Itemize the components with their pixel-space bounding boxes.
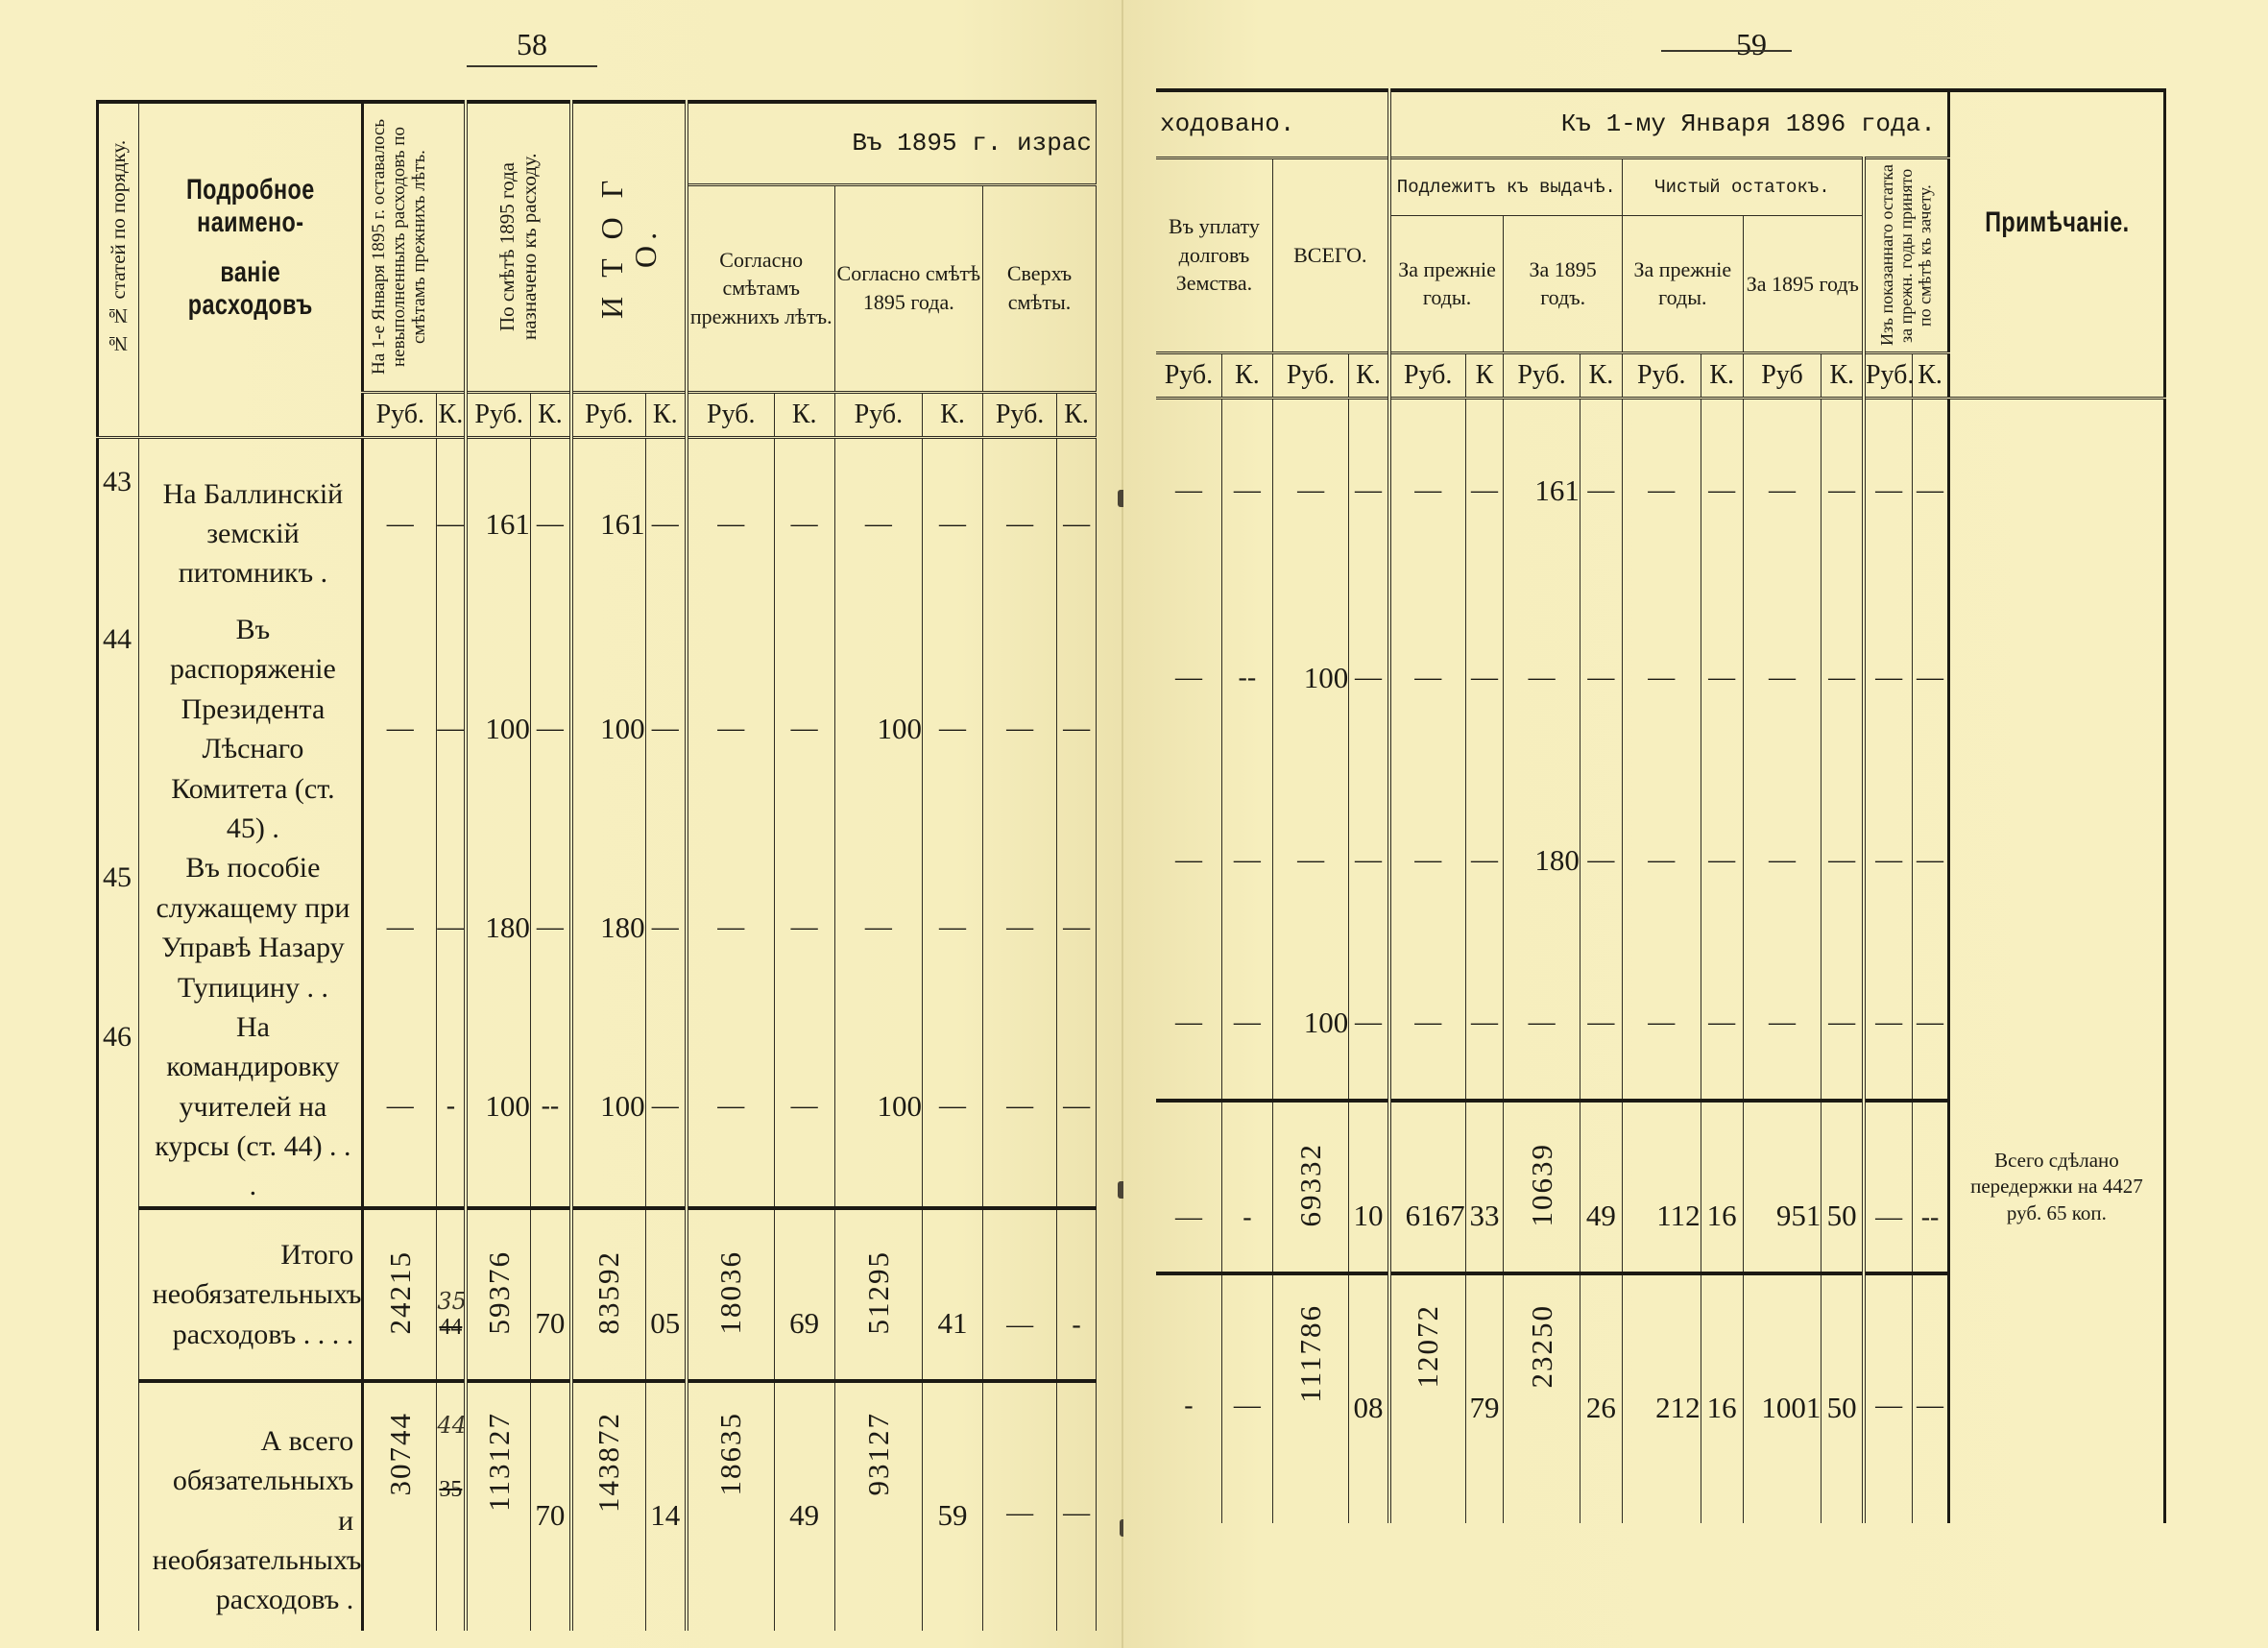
- table-row: — — 100 — — — — — — — — — — —: [1156, 947, 2165, 1101]
- cell-net-1895-rub: —: [1743, 398, 1822, 582]
- cell-debt-rub: —: [1156, 582, 1221, 774]
- cell-prev-kop: 49: [774, 1381, 834, 1631]
- unit-rub: Руб.: [571, 392, 645, 437]
- cell-remaining-kop: 44 35: [437, 1381, 466, 1631]
- grand-total-row: А всего обязательныхъ и необязательныхъ …: [98, 1381, 1097, 1631]
- cell-all-kop: —: [1349, 582, 1389, 774]
- cell-prev-rub: 18036: [687, 1208, 774, 1381]
- cell-net-1895-kop: —: [1822, 398, 1864, 582]
- cell-remaining-rub: —: [363, 848, 437, 1007]
- cell-total-kop: —: [645, 437, 687, 610]
- subtotal-label: Итого необязательныхъ расходовъ . . . .: [138, 1208, 363, 1381]
- handwritten-correction: 35: [437, 1288, 464, 1315]
- unit-rub: Руб.: [1272, 352, 1348, 398]
- cell-pay-1895-rub: —: [1504, 582, 1580, 774]
- cell-debt-kop: -: [1221, 1101, 1272, 1273]
- left-page: 58 № № статей по порядку. Подробное наим…: [0, 0, 1123, 1648]
- page-number: 58: [517, 27, 547, 62]
- expense-table-left: № № статей по порядку. Подробное наимено…: [96, 100, 1097, 1631]
- header-jan-1896-group: Къ 1-му Января 1896 года.: [1389, 90, 1949, 158]
- expense-table-right: ходовано. Къ 1-му Января 1896 года. Прим…: [1156, 88, 2166, 1523]
- cell-prev-kop: 69: [774, 1208, 834, 1381]
- row-description: Въ распоряженiе Президента Лѣснаго Комит…: [138, 610, 363, 848]
- unit-kop: К.: [645, 392, 687, 437]
- cell-net-1895-kop: —: [1822, 774, 1864, 947]
- grand-total-row: - — 111786 08 12072 79 23250 26 212 16 1…: [1156, 1273, 2165, 1523]
- cell-pay-1895-rub: —: [1504, 947, 1580, 1101]
- cell-prev-rub: —: [687, 437, 774, 610]
- header-net-prev-years: За прежнiе годы.: [1622, 216, 1743, 352]
- header-article-no: № № статей по порядку.: [98, 102, 139, 392]
- cell-debt-kop: —: [1221, 1273, 1272, 1523]
- cell-total-kop: —: [645, 848, 687, 1007]
- cell-prev-kop: —: [774, 437, 834, 610]
- cell-remaining-rub: —: [363, 437, 437, 610]
- cell-pay-prev-rub: 12072: [1389, 1273, 1465, 1523]
- row-description: На Баллинскiй земскiй питомникъ .: [138, 437, 363, 610]
- cell-over-kop: —: [1057, 610, 1097, 848]
- unit-rub: Руб.: [466, 392, 530, 437]
- cell-over-rub: —: [983, 610, 1057, 848]
- cell-all-kop: —: [1349, 947, 1389, 1101]
- cell-pay-1895-kop: —: [1580, 398, 1622, 582]
- cell-net-1895-rub: 951: [1743, 1101, 1822, 1273]
- cell-remaining-kop: —: [437, 437, 466, 610]
- header-spent-1895-group: Въ 1895 г. израс: [687, 102, 1097, 184]
- cell-over-rub: —: [983, 848, 1057, 1007]
- cell-net-prev-kop: —: [1701, 947, 1743, 1101]
- unit-rub: Руб: [1743, 352, 1822, 398]
- cell-net-1895-rub: —: [1743, 774, 1822, 947]
- cell-credited-kop: --: [1913, 1101, 1949, 1273]
- header-payable-1895: За 1895 годъ.: [1504, 216, 1623, 352]
- handwritten-correction: 44: [437, 1412, 464, 1439]
- cell-debt-kop: —: [1221, 774, 1272, 947]
- cell-net-prev-kop: 16: [1701, 1101, 1743, 1273]
- cell-total-kop: 05: [645, 1208, 687, 1381]
- cell-credited-rub: —: [1864, 582, 1913, 774]
- right-page: 59 ходовано. Къ 1-му Января 1896 года. П…: [1123, 0, 2268, 1648]
- cell-cur-rub: 100: [834, 610, 922, 848]
- cell-total-rub: 143872: [571, 1381, 645, 1631]
- cell-net-prev-rub: —: [1622, 398, 1701, 582]
- cell-budget-rub: 113127: [466, 1381, 530, 1631]
- cell-net-prev-kop: —: [1701, 398, 1743, 582]
- cell-prev-rub: —: [687, 848, 774, 1007]
- cell-cur-kop: 41: [923, 1208, 983, 1381]
- cell-prev-kop: —: [774, 848, 834, 1007]
- cell-over-rub: —: [983, 437, 1057, 610]
- cell-budget-kop: 70: [530, 1381, 571, 1631]
- cell-credited-kop: —: [1913, 1273, 1949, 1523]
- overpayment-note: Всего сдѣлано передержки на 4427 руб. 65…: [1948, 1101, 2164, 1273]
- unit-kop: К.: [1580, 352, 1622, 398]
- cell-all-rub: 100: [1272, 582, 1348, 774]
- cell-credited-kop: —: [1913, 398, 1949, 582]
- cell-remaining-rub: —: [363, 1007, 437, 1208]
- cell-budget-kop: —: [530, 437, 571, 610]
- cell-all-kop: 10: [1349, 1101, 1389, 1273]
- unit-kop: К.: [1349, 352, 1389, 398]
- cell-pay-1895-rub: 180: [1504, 774, 1580, 947]
- header-budget-1895: По смѣтѣ 1895 года назначено къ расходу.: [466, 102, 571, 392]
- cell-debt-kop: --: [1221, 582, 1272, 774]
- cell-all-rub: —: [1272, 774, 1348, 947]
- header-per-1895-estimate: Согласно смѣтѣ 1895 года.: [834, 184, 982, 392]
- unit-kop: К.: [923, 392, 983, 437]
- cell-prev-rub: 18635: [687, 1381, 774, 1631]
- unit-rub: Руб.: [1389, 352, 1465, 398]
- unit-kop: К: [1465, 352, 1504, 398]
- cell-note: [1948, 774, 2164, 947]
- unit-rub: Руб.: [687, 392, 774, 437]
- row-description: Въ пособiе служащему при Управѣ Назару Т…: [138, 848, 363, 1007]
- unit-rub: Руб.: [983, 392, 1057, 437]
- cell-remaining-rub: 30744: [363, 1381, 437, 1631]
- cell-total-kop: —: [645, 1007, 687, 1208]
- table-row: 43 На Баллинскiй земскiй питомникъ . — —…: [98, 437, 1097, 610]
- subtotal-row: — - 69332 10 6167 33 10639 49 112 16 951…: [1156, 1101, 2165, 1273]
- header-over-estimate: Сверхъ смѣты.: [983, 184, 1097, 392]
- header-note: Примѣчанiе.: [1948, 90, 2164, 352]
- row-number: 45: [98, 848, 139, 1007]
- unit-rub: Руб.: [1864, 352, 1913, 398]
- unit-rub: Руб.: [1622, 352, 1701, 398]
- cell-credited-rub: —: [1864, 1101, 1913, 1273]
- cell-pay-prev-rub: —: [1389, 398, 1465, 582]
- row-description: На командировку учителей на курсы (ст. 4…: [138, 1007, 363, 1208]
- cell-over-kop: —: [1057, 1381, 1097, 1631]
- cell-prev-kop: —: [774, 1007, 834, 1208]
- cell-all-kop: 08: [1349, 1273, 1389, 1523]
- cell-debt-rub: —: [1156, 947, 1221, 1101]
- cell-cur-rub: 100: [834, 1007, 922, 1208]
- cell-cur-rub: 51295: [834, 1208, 922, 1381]
- cell-note: [1948, 1273, 2164, 1523]
- cell-over-kop: -: [1057, 1208, 1097, 1381]
- cell-total-rub: 180: [571, 848, 645, 1007]
- cell-debt-kop: —: [1221, 398, 1272, 582]
- cell-net-1895-kop: —: [1822, 582, 1864, 774]
- cell-cur-kop: —: [923, 848, 983, 1007]
- cell-cur-rub: —: [834, 848, 922, 1007]
- cell-net-prev-rub: —: [1622, 582, 1701, 774]
- cell-cur-kop: —: [923, 437, 983, 610]
- cell-remaining-kop: -: [437, 1007, 466, 1208]
- cell-credited-rub: —: [1864, 1273, 1913, 1523]
- cell-net-1895-rub: —: [1743, 947, 1822, 1101]
- row-number: 46: [98, 1007, 139, 1208]
- unit-kop: К.: [1913, 352, 1949, 398]
- header-total: И Т О Г О.: [571, 102, 687, 392]
- cell-over-kop: —: [1057, 848, 1097, 1007]
- unit-kop: К.: [1822, 352, 1864, 398]
- cell-all-rub: —: [1272, 398, 1348, 582]
- cell-total-rub: 83592: [571, 1208, 645, 1381]
- cell-budget-rub: 59376: [466, 1208, 530, 1381]
- unit-kop: К.: [1221, 352, 1272, 398]
- cell-budget-kop: 70: [530, 1208, 571, 1381]
- cell-cur-rub: —: [834, 437, 922, 610]
- cell-cur-rub: 93127: [834, 1381, 922, 1631]
- cell-pay-prev-rub: —: [1389, 947, 1465, 1101]
- cell-net-prev-kop: 16: [1701, 1273, 1743, 1523]
- page-number-rule: [1661, 50, 1792, 52]
- cell-debt-rub: —: [1156, 1101, 1221, 1273]
- unit-rub: Руб.: [1504, 352, 1580, 398]
- cell-pay-1895-rub: 23250: [1504, 1273, 1580, 1523]
- header-description: Подробное наимено- ванiе расходовъ: [138, 102, 363, 392]
- unit-kop: К.: [774, 392, 834, 437]
- cell-cur-kop: —: [923, 610, 983, 848]
- cell-note: [1948, 398, 2164, 582]
- cell-cur-kop: —: [923, 1007, 983, 1208]
- cell-over-kop: —: [1057, 1007, 1097, 1208]
- cell-pay-prev-kop: —: [1465, 582, 1504, 774]
- cell-over-rub: —: [983, 1381, 1057, 1631]
- unit-rub: Руб.: [1156, 352, 1221, 398]
- row-number: 44: [98, 610, 139, 848]
- cell-budget-kop: --: [530, 1007, 571, 1208]
- table-row: 44 Въ распоряженiе Президента Лѣснаго Ко…: [98, 610, 1097, 848]
- cell-net-1895-kop: 50: [1822, 1101, 1864, 1273]
- cell-total-kop: 14: [645, 1381, 687, 1631]
- cell-credited-rub: —: [1864, 774, 1913, 947]
- cell-pay-1895-kop: 49: [1580, 1101, 1622, 1273]
- header-debt-payment: Въ уплату долговъ Земства.: [1156, 158, 1272, 352]
- cell-all-rub: 69332: [1272, 1101, 1348, 1273]
- header-net-1895: За 1895 годъ: [1743, 216, 1864, 352]
- table-row: — — — — — — 161 — — — — — — —: [1156, 398, 2165, 582]
- cell-credited-kop: —: [1913, 582, 1949, 774]
- cell-note: [1948, 582, 2164, 774]
- unit-kop: К.: [1057, 392, 1097, 437]
- row-number: 43: [98, 437, 139, 610]
- cell-pay-prev-kop: 79: [1465, 1273, 1504, 1523]
- table-row: — -- 100 — — — — — — — — — — —: [1156, 582, 2165, 774]
- cell-net-1895-kop: —: [1822, 947, 1864, 1101]
- table-row: 45 Въ пособiе служащему при Управѣ Назар…: [98, 848, 1097, 1007]
- header-payable-prev-years: За прежнiе годы.: [1389, 216, 1504, 352]
- cell-net-prev-rub: 212: [1622, 1273, 1701, 1523]
- header-remaining-1895: На 1-е Января 1895 г. оставалось невыпол…: [363, 102, 467, 392]
- cell-note: [1948, 947, 2164, 1101]
- header-spent-1895-group-cont: ходовано.: [1156, 90, 1389, 158]
- cell-total-rub: 100: [571, 1007, 645, 1208]
- cell-net-prev-rub: 112: [1622, 1101, 1701, 1273]
- unit-rub: Руб.: [834, 392, 922, 437]
- cell-remaining-kop: —: [437, 610, 466, 848]
- cell-pay-prev-kop: —: [1465, 947, 1504, 1101]
- header-net-balance-group: Чистый остатокъ.: [1622, 158, 1864, 216]
- cell-all-rub: 100: [1272, 947, 1348, 1101]
- cell-debt-rub: -: [1156, 1273, 1221, 1523]
- cell-remaining-kop: 35 44: [437, 1208, 466, 1381]
- cell-credited-rub: —: [1864, 398, 1913, 582]
- grand-total-label: А всего обязательныхъ и необязательныхъ …: [138, 1381, 363, 1631]
- cell-pay-prev-rub: 6167: [1389, 1101, 1465, 1273]
- cell-budget-kop: —: [530, 610, 571, 848]
- cell-pay-prev-kop: —: [1465, 774, 1504, 947]
- cell-prev-rub: —: [687, 610, 774, 848]
- unit-kop: К.: [1701, 352, 1743, 398]
- cell-pay-1895-rub: 10639: [1504, 1101, 1580, 1273]
- cell-pay-prev-kop: —: [1465, 398, 1504, 582]
- cell-pay-prev-rub: —: [1389, 582, 1465, 774]
- cell-budget-rub: 161: [466, 437, 530, 610]
- header-credited: Изъ показаннаго остатка за прежн. годы п…: [1864, 158, 1948, 352]
- cell-total-rub: 161: [571, 437, 645, 610]
- cell-remaining-kop: —: [437, 848, 466, 1007]
- cell-remaining-rub: 24215: [363, 1208, 437, 1381]
- cell-budget-rub: 100: [466, 1007, 530, 1208]
- cell-all-kop: —: [1349, 774, 1389, 947]
- cell-credited-kop: —: [1913, 947, 1949, 1101]
- cell-pay-prev-kop: 33: [1465, 1101, 1504, 1273]
- cell-credited-rub: —: [1864, 947, 1913, 1101]
- cell-all-kop: —: [1349, 398, 1389, 582]
- cell-net-prev-rub: —: [1622, 774, 1701, 947]
- cell-remaining-rub: —: [363, 610, 437, 848]
- cell-total-kop: —: [645, 610, 687, 848]
- cell-budget-kop: —: [530, 848, 571, 1007]
- cell-debt-rub: —: [1156, 774, 1221, 947]
- cell-budget-rub: 100: [466, 610, 530, 848]
- cell-over-rub: —: [983, 1208, 1057, 1381]
- cell-net-prev-rub: —: [1622, 947, 1701, 1101]
- cell-prev-kop: —: [774, 610, 834, 848]
- cell-over-kop: —: [1057, 437, 1097, 610]
- cell-all-rub: 111786: [1272, 1273, 1348, 1523]
- page-number: 59: [1736, 27, 1767, 62]
- cell-pay-1895-kop: —: [1580, 774, 1622, 947]
- cell-over-rub: —: [983, 1007, 1057, 1208]
- header-payable-group: Подлежитъ къ выдачѣ.: [1389, 158, 1623, 216]
- cell-net-1895-rub: —: [1743, 582, 1822, 774]
- cell-net-1895-rub: 1001: [1743, 1273, 1822, 1523]
- cell-total-rub: 100: [571, 610, 645, 848]
- unit-kop: К.: [530, 392, 571, 437]
- cell-debt-kop: —: [1221, 947, 1272, 1101]
- unit-kop: К.: [437, 392, 466, 437]
- table-row: 46 На командировку учителей на курсы (ст…: [98, 1007, 1097, 1208]
- cell-prev-rub: —: [687, 1007, 774, 1208]
- cell-pay-prev-rub: —: [1389, 774, 1465, 947]
- header-all: ВСЕГО.: [1272, 158, 1388, 352]
- cell-pay-1895-kop: 26: [1580, 1273, 1622, 1523]
- table-row: — — — — — — 180 — — — — — — —: [1156, 774, 2165, 947]
- cell-pay-1895-kop: —: [1580, 582, 1622, 774]
- unit-rub: Руб.: [363, 392, 437, 437]
- cell-net-prev-kop: —: [1701, 582, 1743, 774]
- cell-budget-rub: 180: [466, 848, 530, 1007]
- page-number-rule: [467, 65, 597, 67]
- cell-pay-1895-kop: —: [1580, 947, 1622, 1101]
- cell-pay-1895-rub: 161: [1504, 398, 1580, 582]
- cell-cur-kop: 59: [923, 1381, 983, 1631]
- subtotal-row: Итого необязательныхъ расходовъ . . . . …: [98, 1208, 1097, 1381]
- cell-debt-rub: —: [1156, 398, 1221, 582]
- header-per-prev-estimates: Согласно смѣтамъ прежнихъ лѣтъ.: [687, 184, 834, 392]
- cell-net-prev-kop: —: [1701, 774, 1743, 947]
- cell-credited-kop: —: [1913, 774, 1949, 947]
- cell-net-1895-kop: 50: [1822, 1273, 1864, 1523]
